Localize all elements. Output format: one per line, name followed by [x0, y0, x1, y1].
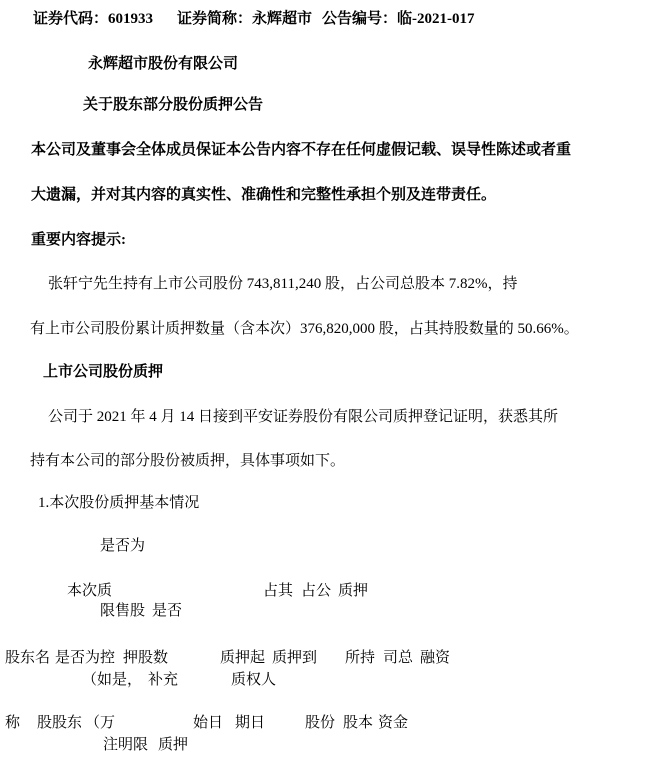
table-header-fragment: 质押	[158, 737, 188, 754]
table-header-fragment: 占其	[263, 583, 293, 600]
table-header-fragment: （如是，	[82, 672, 142, 689]
announcement-document: 证券代码：601933 证券简称：永辉超市 公告编号：临-2021-017 永辉…	[0, 0, 651, 769]
table-header-fragment: 股本	[343, 715, 373, 732]
stock-abbreviation: 证券简称：永辉超市	[177, 11, 312, 28]
table-header-fragment: （万	[85, 715, 115, 732]
table-header-fragment: 质押	[338, 583, 368, 600]
table-header-fragment: 质押到	[272, 650, 317, 667]
table-header-fragment: 所持	[345, 650, 375, 667]
table-header-fragment: 质权人	[231, 672, 276, 689]
table-header-fragment: 司总	[383, 650, 413, 667]
shareholding-summary-line-2: 有上市公司股份累计质押数量（含本次）376,820,000 股，占其持股数量的 …	[30, 321, 579, 338]
table-header-fragment: 押股数	[123, 650, 168, 667]
table-header-fragment: 本次质	[67, 583, 112, 600]
table-header-fragment: 期日	[235, 715, 265, 732]
important-notice-label: 重要内容提示:	[31, 232, 126, 249]
table-header-fragment: 股份	[305, 715, 335, 732]
company-name: 永辉超市股份有限公司	[88, 56, 238, 73]
table-header-fragment: 是否为	[100, 538, 145, 555]
table-header-fragment: 补充	[148, 672, 178, 689]
table-header-fragment: 始日	[193, 715, 223, 732]
table-header-fragment: 注明限	[103, 737, 148, 754]
pledge-paragraph-line-2: 持有本公司的部分股份被质押，具体事项如下。	[30, 453, 345, 470]
table-header-fragment: 是否为控	[55, 650, 115, 667]
announcement-title: 关于股东部分股份质押公告	[83, 97, 263, 114]
table-header-fragment: 融资	[420, 650, 450, 667]
table-header-fragment: 称	[5, 715, 20, 732]
table-header-fragment: 质押起	[220, 650, 265, 667]
pledge-section-heading: 上市公司股份质押	[43, 364, 163, 381]
table-header-fragment: 资金	[378, 715, 408, 732]
table-header-fragment: 占公	[301, 583, 331, 600]
table-header-fragment: 股东名	[5, 650, 50, 667]
basic-info-heading: 1.本次股份质押基本情况	[38, 495, 199, 512]
stock-code: 证券代码：601933	[33, 11, 153, 28]
announcement-number: 公告编号：临-2021-017	[322, 11, 475, 28]
declaration-line-2: 大遗漏，并对其内容的真实性、准确性和完整性承担个别及连带责任。	[31, 187, 496, 204]
table-header-fragment: 限售股	[100, 603, 145, 620]
pledge-paragraph-line-1: 公司于 2021 年 4 月 14 日接到平安证券股份有限公司质押登记证明，获悉…	[48, 409, 558, 426]
shareholding-summary-line-1: 张轩宁先生持有上市公司股份 743,811,240 股，占公司总股本 7.82%…	[48, 276, 517, 293]
table-header-fragment: 是否	[152, 603, 182, 620]
declaration-line-1: 本公司及董事会全体成员保证本公告内容不存在任何虚假记载、误导性陈述或者重	[31, 142, 571, 159]
table-header-fragment: 股股东	[37, 715, 82, 732]
